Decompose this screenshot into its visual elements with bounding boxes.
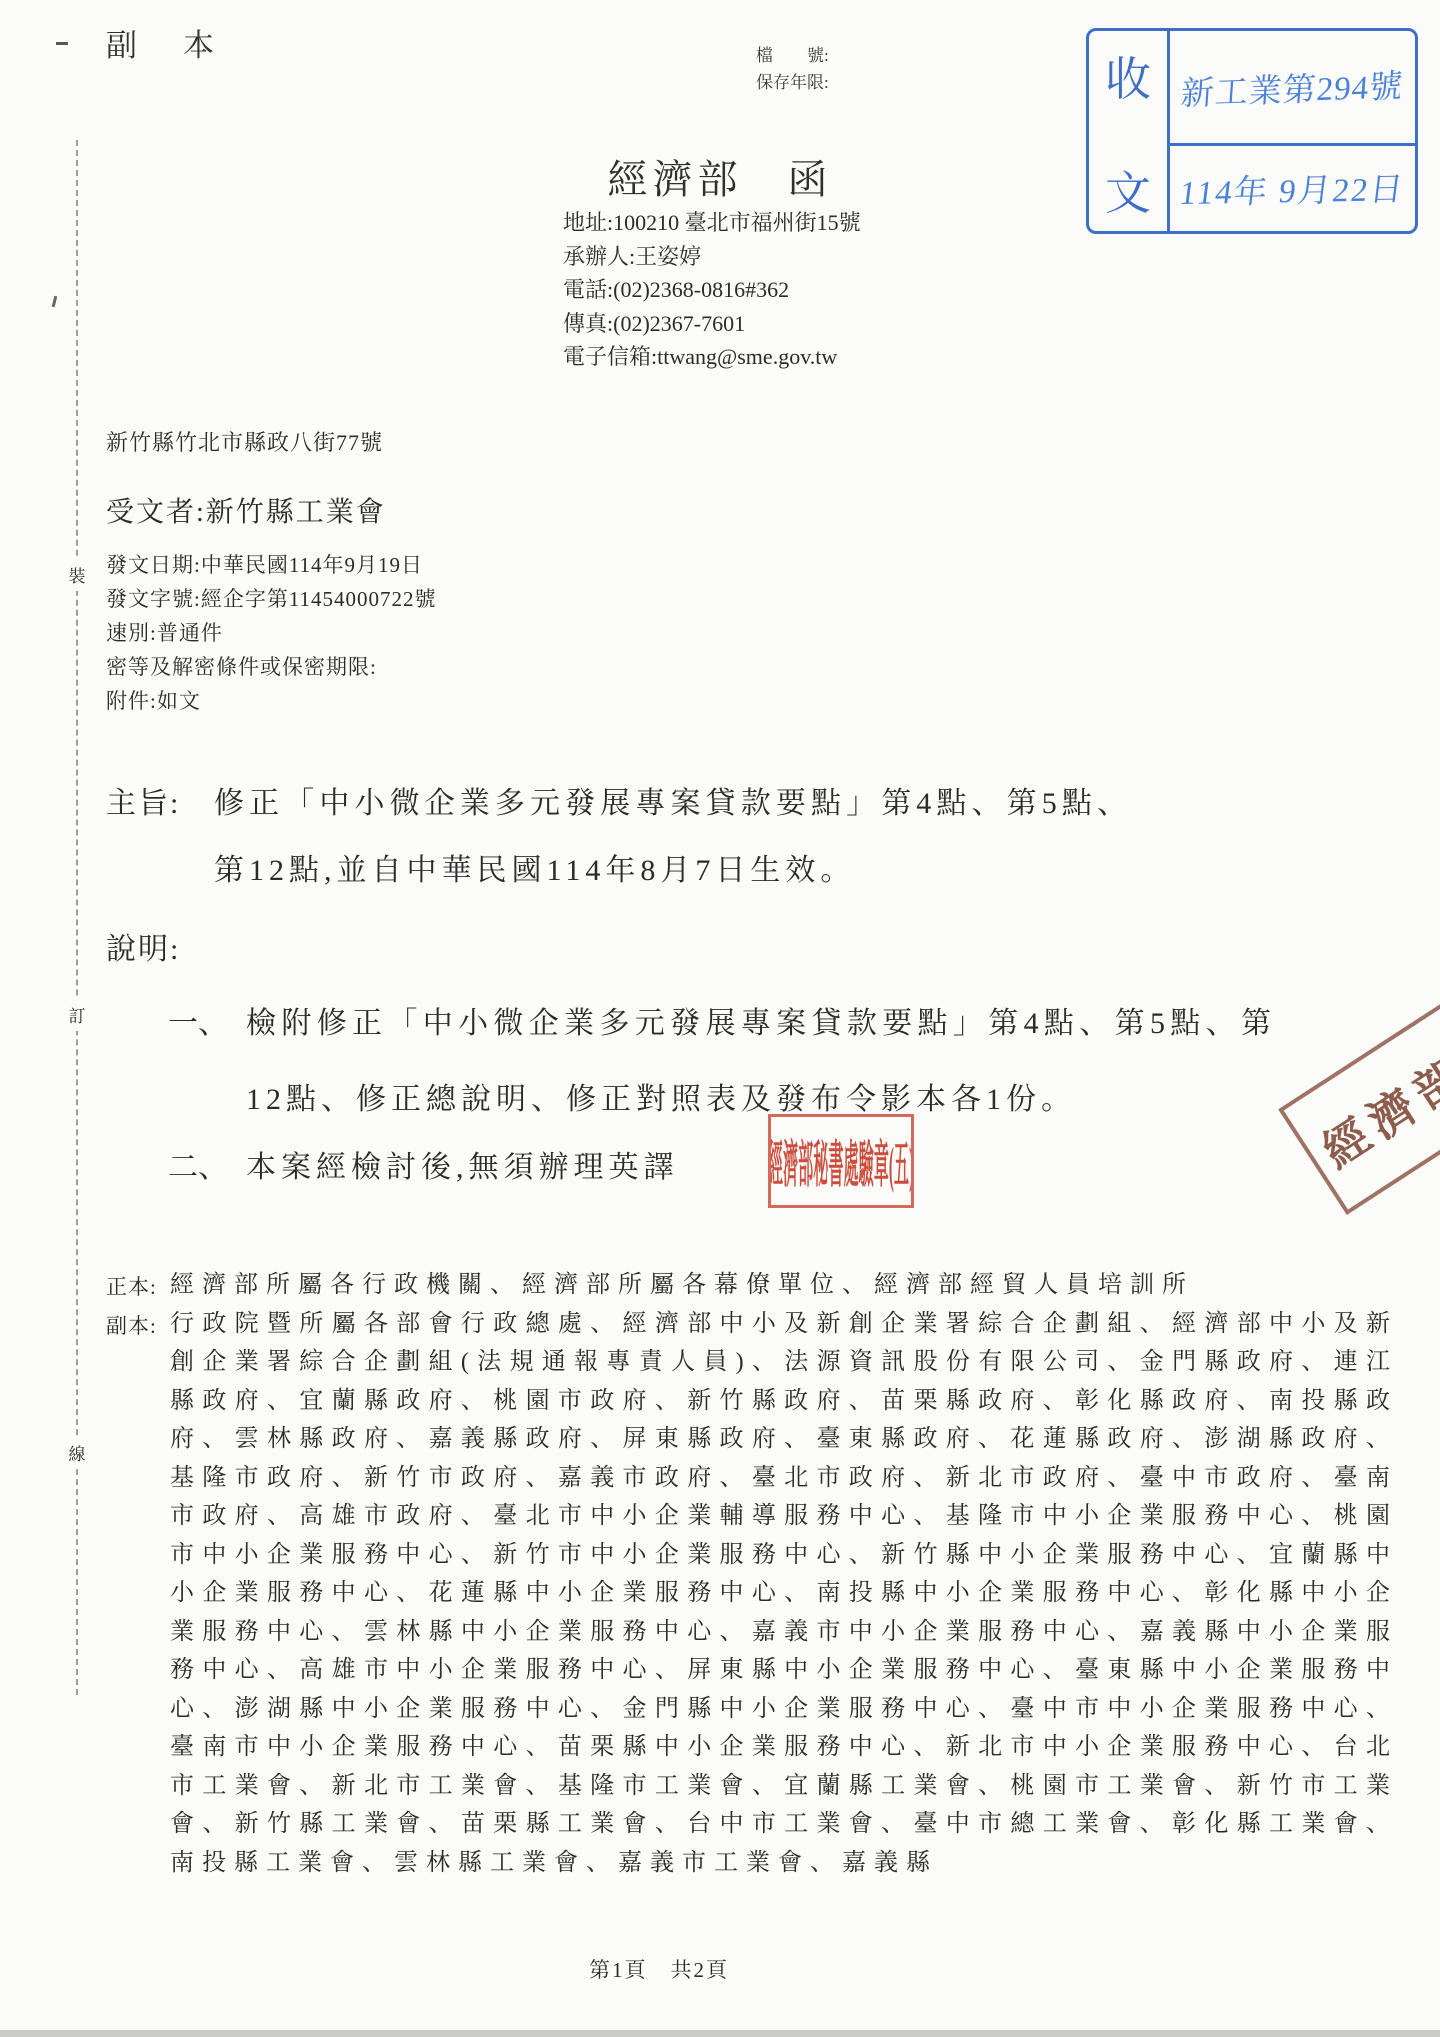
sender-fax: 傳真:(02)2367-7601 [563,307,861,341]
scan-artifact-tick [52,296,58,307]
distribution-copy-row: 副本: 行政院暨所屬各部會行政總處、經濟部中小及新創企業署綜合企劃組、經濟部中小… [106,1305,1398,1883]
classification-line: 密等及解密條件或保密期限: [106,650,437,684]
subject-text: 修正「中小微企業多元發展專案貸款要點」第4點、第5點、第12點,並自中華民國11… [214,770,1132,904]
original-recipients-label: 正本: [106,1266,170,1305]
explanation-item-2: 二、 本案經檢討後,無須辦理英譯 [168,1130,1276,1206]
sender-contact-person: 承辦人:王姿婷 [563,240,861,274]
sender-info-block: 地址:100210 臺北市福州街15號 承辦人:王姿婷 電話:(02)2368-… [563,206,861,374]
ministry-diagonal-stamp: 經濟部 [1278,971,1440,1215]
item-2-text: 本案經檢討後,無須辦理英譯 [246,1130,1276,1206]
binding-mark-zhuang: 裝 [64,558,90,591]
retention-period-label: 保存年限: [756,69,829,96]
explanation-label: 說明: [106,924,180,968]
document-title: 經濟部 函 [0,148,1440,205]
file-number-label: 檔 號: [756,42,829,69]
red-verification-seal-text: 經濟部秘書處驗章(五) [768,1125,914,1196]
recipient-line: 受文者:新竹縣工業會 [106,490,386,530]
issue-date-line: 發文日期:中華民國114年9月19日 [106,548,437,582]
explanation-item-1: 一、 檢附修正「中小微企業多元發展專案貸款要點」第4點、第5點、第12點、修正總… [168,986,1276,1138]
receipt-stamp-number-cell: 新工業第294號 [1170,31,1415,146]
document-meta-block: 發文日期:中華民國114年9月19日 發文字號:經企字第11454000722號… [106,548,437,718]
copy-recipients-list: 行政院暨所屬各部會行政總處、經濟部中小及新創企業署綜合企劃組、經濟部中小及新創企… [170,1305,1398,1883]
binding-mark-xian: 線 [64,1436,90,1469]
receipt-stamp-number: 新工業第294號 [1180,60,1406,115]
distribution-original-row: 正本: 經濟部所屬各行政機關、經濟部所屬各幕僚單位、經濟部經貿人員培訓所 [106,1266,1398,1305]
ministry-diagonal-stamp-text: 經濟部 [1308,1038,1440,1182]
official-letter-page: 副本 檔 號: 保存年限: 收 文 新工業第294號 114年 9月22日 經濟… [0,0,1440,2037]
issue-number-line: 發文字號:經企字第11454000722號 [106,582,437,616]
item-1-text: 檢附修正「中小微企業多元發展專案貸款要點」第4點、第5點、第12點、修正總說明、… [246,986,1276,1138]
item-1-number: 一、 [168,986,246,1138]
subject-label: 主旨: [106,770,214,904]
item-2-number: 二、 [168,1130,246,1206]
receipt-stamp-char-top: 收 [1105,43,1151,109]
distribution-section: 正本: 經濟部所屬各行政機關、經濟部所屬各幕僚單位、經濟部經貿人員培訓所 副本:… [106,1266,1398,1882]
red-verification-seal: 經濟部秘書處驗章(五) [768,1114,914,1208]
archive-labels: 檔 號: 保存年限: [756,42,829,96]
scan-bottom-edge [0,2030,1440,2037]
sender-email: 電子信箱:ttwang@sme.gov.tw [563,340,861,374]
scan-artifact-dash [56,42,68,45]
copy-recipients-label: 副本: [106,1305,170,1883]
recipient-mailing-address: 新竹縣竹北市縣政八街77號 [106,426,383,457]
sender-address: 地址:100210 臺北市福州街15號 [563,206,861,240]
binding-mark-ding: 訂 [64,998,90,1031]
subject-section: 主旨: 修正「中小微企業多元發展專案貸款要點」第4點、第5點、第12點,並自中華… [106,770,1132,904]
page-number-footer: 第1頁 共2頁 [0,1954,1318,1984]
original-recipients-list: 經濟部所屬各行政機關、經濟部所屬各幕僚單位、經濟部經貿人員培訓所 [170,1266,1398,1305]
attachment-line: 附件:如文 [106,684,437,718]
priority-line: 速別:普通件 [106,616,437,650]
sender-phone: 電話:(02)2368-0816#362 [563,273,861,307]
copy-type-label: 副本 [106,20,260,65]
